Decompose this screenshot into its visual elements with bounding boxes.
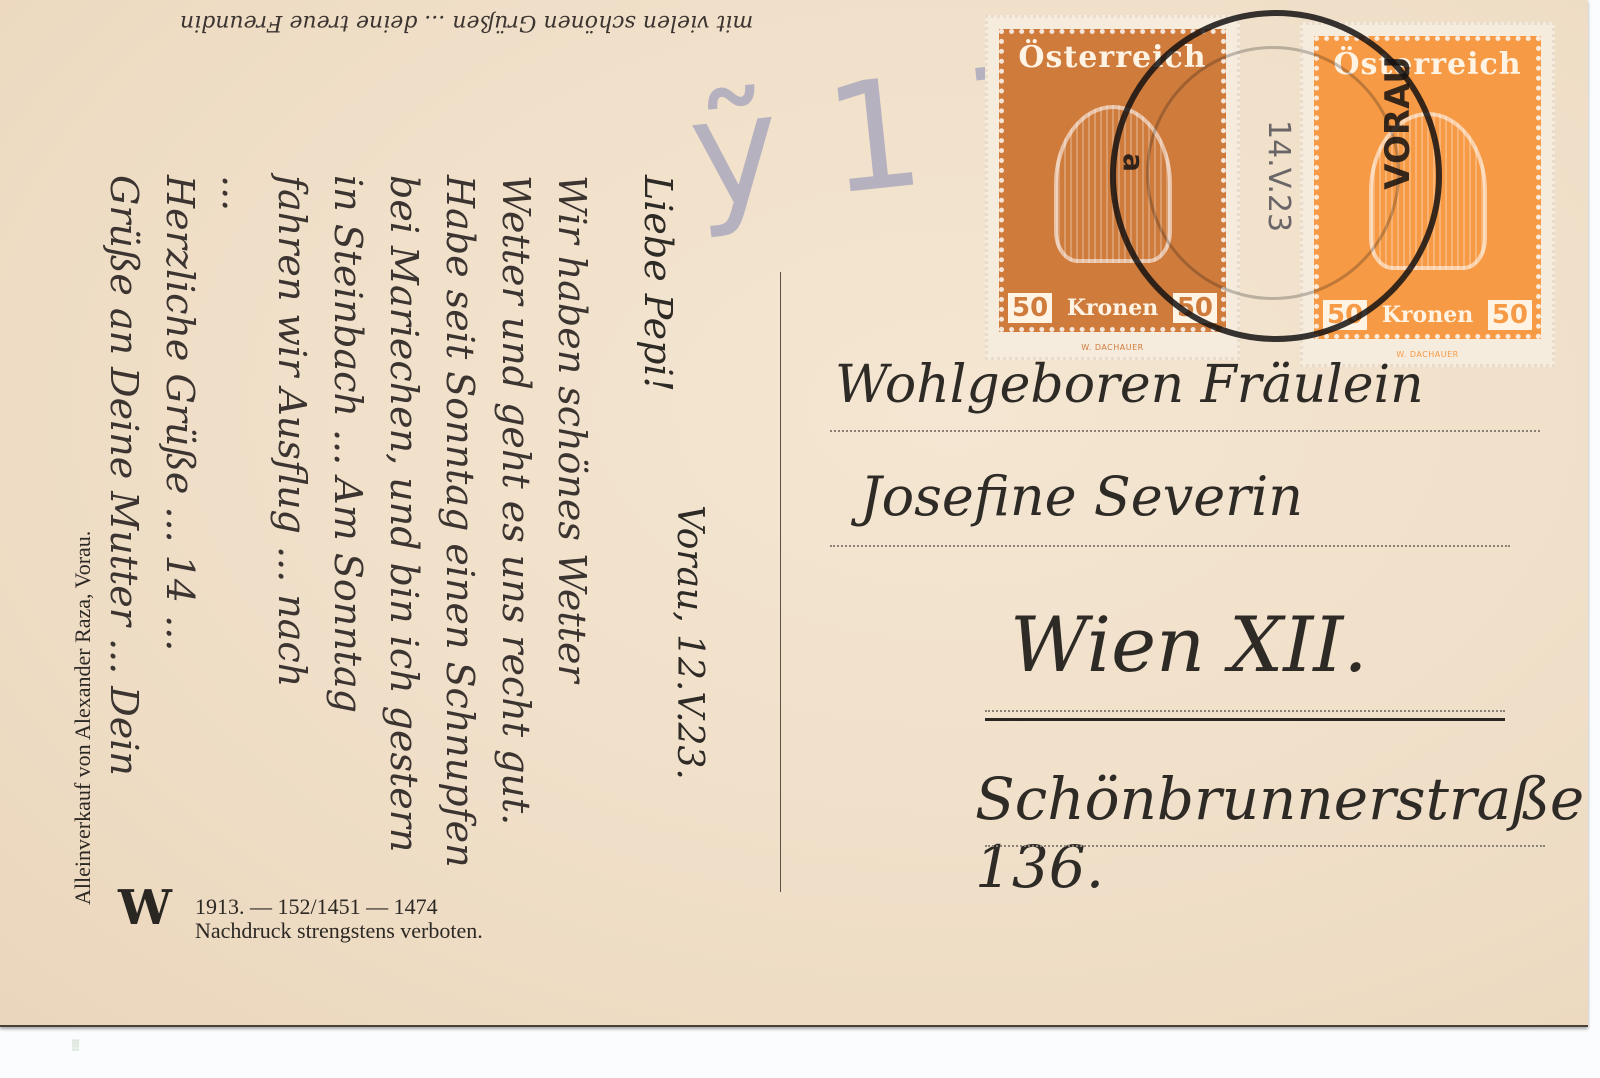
address-solid-rule — [985, 718, 1505, 721]
stamp-value: 50 — [1488, 300, 1532, 330]
center-divider-line — [780, 272, 781, 892]
message-line: bei Mariechen, und bin ich gestern — [376, 175, 432, 985]
imprint-series-number: 1913. — 152/1451 — 1474 — [195, 895, 483, 919]
publisher-credit: Alleinverkauf von Alexander Raza, Vorau. — [70, 531, 96, 905]
message-line: Wetter und geht es uns recht gut. — [488, 175, 544, 985]
address-dotted-rule — [830, 545, 1510, 547]
stamp-currency: Kronen — [1067, 295, 1158, 321]
imprint-copyright: Nachdruck strengstens verboten. — [195, 919, 483, 943]
stamp-currency: Kronen — [1382, 302, 1473, 328]
message-line: Habe seit Sonntag einen Schnupfen — [432, 175, 488, 985]
postcard: ỹ 1 7 Österreich 50 Kronen 50 W. DACHAUE… — [0, 0, 1588, 1027]
scan-smudge: ▒ — [72, 1040, 79, 1051]
address-dotted-rule — [985, 710, 1505, 712]
stamp-value: 50 — [1008, 293, 1052, 323]
postmark-cancellation: a 14.V.23 VORAU — [1110, 10, 1442, 342]
address-line-street: Schönbrunnerstraße 136. — [975, 765, 1588, 901]
message-line: in Steinbach ... Am Sonntag — [320, 175, 376, 985]
postmark-town: VORAU — [1378, 56, 1418, 190]
address-line-city: Wien XII. — [1010, 600, 1367, 689]
message-line: fahren wir Ausflug ... nach — [264, 175, 320, 985]
message-line: Grüße an Deine Mutter ... Dein — [96, 175, 152, 985]
address-line-salutation: Wohlgeboren Fräulein — [835, 355, 1424, 415]
publisher-logo-icon: W — [118, 880, 172, 936]
postmark-letter: a — [1117, 153, 1150, 172]
stamp-designer: W. DACHAUER — [985, 343, 1240, 352]
imprint: 1913. — 152/1451 — 1474 Nachdruck streng… — [195, 895, 483, 943]
handwritten-message: Wir haben schönes Wetter Wetter und geht… — [10, 15, 750, 985]
message-line: Herzliche Grüße ... 14 ... — [152, 175, 208, 985]
message-line: Wir haben schönes Wetter — [544, 175, 600, 985]
address-dotted-rule — [985, 845, 1545, 847]
postmark-date: 14.V.23 — [1256, 76, 1296, 276]
address-line-name: Josefine Severin — [860, 465, 1303, 528]
message-line: ... — [208, 175, 264, 985]
address-dotted-rule — [830, 430, 1540, 432]
